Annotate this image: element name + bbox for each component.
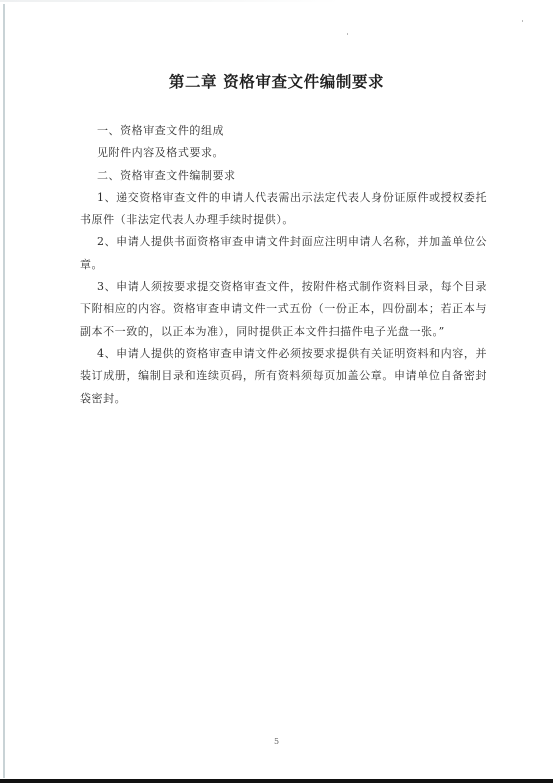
scan-speck bbox=[522, 20, 523, 22]
paragraph-composition-note: 见附件内容及格式要求。 bbox=[80, 142, 487, 164]
page-number: 5 bbox=[0, 737, 553, 746]
scan-page-edge bbox=[3, 4, 5, 778]
requirement-item-2: 2、申请人提供书面资格审查申请文件封面应注明申请人名称，并加盖单位公章。 bbox=[80, 231, 487, 276]
document-body: 一、资格审查文件的组成 见附件内容及格式要求。 二、资格审查文件编制要求 1、递… bbox=[80, 120, 487, 410]
chapter-title: 第二章 资格审查文件编制要求 bbox=[0, 70, 553, 92]
requirement-item-1: 1、递交资格审查文件的申请人代表需出示法定代表人身份证原件或授权委托书原件（非法… bbox=[80, 187, 487, 232]
section-heading-requirements: 二、资格审查文件编制要求 bbox=[80, 165, 487, 187]
section-heading-composition: 一、资格审查文件的组成 bbox=[80, 120, 487, 142]
scan-bottom-edge bbox=[0, 779, 553, 783]
scan-speck bbox=[347, 33, 348, 35]
requirement-item-4: 4、申请人提供的资格审查申请文件必须按要求提供有关证明资料和内容，并装订成册，编… bbox=[80, 343, 487, 410]
requirement-item-3: 3、申请人须按要求提交资格审查文件，按附件格式制作资料目录，每个目录下附相应的内… bbox=[80, 276, 487, 343]
scan-top-artifact bbox=[0, 0, 340, 2]
